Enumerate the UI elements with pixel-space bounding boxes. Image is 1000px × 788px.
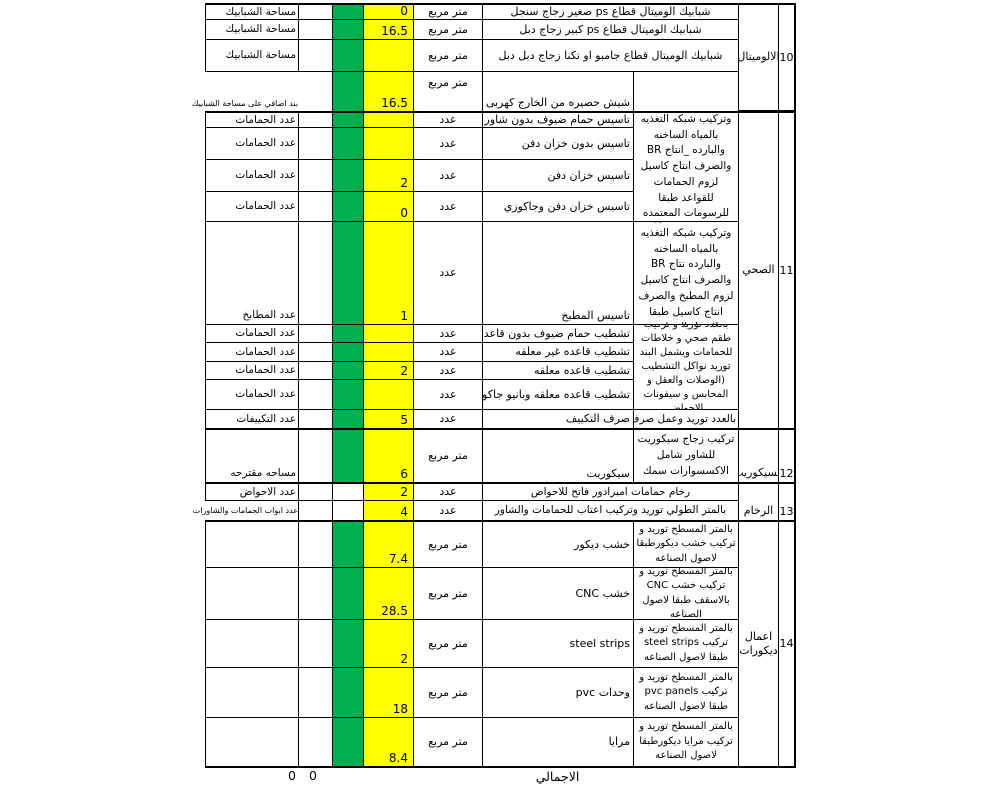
cell-qty[interactable]: 5 [363, 410, 413, 428]
cell-green[interactable] [332, 668, 363, 718]
cell-qty[interactable]: 2 [363, 620, 413, 668]
section-securit: 12 السيكوريت بالمتر المسطح توريد و تركيب… [205, 428, 796, 482]
cell-label[interactable]: مساحة الشبابيك [205, 3, 298, 20]
cell-unit[interactable]: عدد [413, 111, 482, 128]
cell-desc[interactable]: بالمتر المسطح توريد و تركيب مرايا ديكورط… [633, 718, 738, 768]
cell-item[interactable]: صرف التكييف [482, 410, 633, 428]
cell-green[interactable] [332, 718, 363, 768]
cell-qty[interactable]: 2 [363, 482, 413, 501]
cell-green[interactable] [332, 20, 363, 40]
cell-desc-group[interactable]: بالعدد توريد و تركيب طقم صحي و خلاطات لل… [633, 325, 738, 410]
cell-unit[interactable]: عدد [413, 482, 482, 501]
cell-desc[interactable]: بالمتر المسطح توريد و تركيب steel strips… [633, 620, 738, 668]
cell-row-number[interactable]: 14 [778, 520, 796, 768]
cell-desc[interactable]: بالعدد توريد وعمل صرف للتكييفات [633, 410, 738, 428]
cell-item[interactable]: steel strips [482, 620, 633, 668]
cell-empty[interactable] [298, 620, 332, 668]
cell-row-number[interactable]: 11 [778, 111, 796, 428]
cell-category[interactable]: اعمال ديكورات [738, 520, 778, 768]
cell-unit[interactable]: متر مربع [413, 40, 482, 72]
cell-qty[interactable] [363, 111, 413, 128]
cell-qty[interactable] [363, 40, 413, 72]
cell-item-merged[interactable]: شبابيك الوميتال قطاع ps صغير زجاج سنجل [482, 3, 738, 20]
cell-label[interactable] [205, 568, 298, 620]
cell-desc[interactable]: بالمتر المسطح توريد و تركيب زجاج سيكوريت… [633, 428, 738, 482]
cell-unit[interactable]: متر مربع [413, 668, 482, 718]
cell-empty[interactable] [298, 111, 332, 128]
cell-label[interactable]: مساحة الشبابيك [205, 40, 298, 72]
cell-qty[interactable]: 1 [363, 222, 413, 325]
cell-row-number[interactable]: 13 [778, 482, 796, 520]
cell-label[interactable]: عدد الحمامات [205, 111, 298, 128]
cell-item[interactable]: تشطيب قاعده معلقه [482, 362, 633, 380]
cell-item-merged[interactable]: بالمتر الطولي توريد وتركيب اعتاب للحماما… [482, 501, 738, 520]
cell-qty[interactable] [363, 343, 413, 362]
cell-unit[interactable]: متر مربع [413, 3, 482, 20]
cell-label[interactable]: مساحه مقترحه [205, 428, 298, 482]
cell-label[interactable]: عدد التكييفات [205, 410, 298, 428]
cell-qty[interactable]: 4 [363, 501, 413, 520]
cell-qty[interactable]: 6 [363, 428, 413, 482]
cell-unit[interactable]: عدد [413, 128, 482, 160]
cell-green[interactable] [332, 428, 363, 482]
cell-empty[interactable] [298, 72, 332, 111]
cell-empty[interactable] [298, 20, 332, 40]
cell-empty[interactable] [298, 192, 332, 222]
cell-label[interactable] [205, 520, 298, 568]
cell-qty[interactable]: 7.4 [363, 520, 413, 568]
cell-empty[interactable] [298, 482, 332, 501]
cell-green[interactable] [332, 520, 363, 568]
cell-empty[interactable] [298, 568, 332, 620]
cell-label[interactable] [205, 668, 298, 718]
cell-qty[interactable]: 0 [363, 192, 413, 222]
cell-green[interactable] [332, 222, 363, 325]
cell-green[interactable] [332, 72, 363, 111]
cell-green[interactable] [332, 380, 363, 410]
cell-unit[interactable]: عدد [413, 160, 482, 192]
cell-qty[interactable]: 2 [363, 362, 413, 380]
cell-qty[interactable]: 28.5 [363, 568, 413, 620]
cell-row-number[interactable]: 10 [778, 3, 796, 111]
cell-desc[interactable]: بالمتر المسطح توريد و تركيب خشب ديكورطبق… [633, 520, 738, 568]
cell-desc[interactable]: بالمتر المسطح توريد و تركيب pvc panels ط… [633, 668, 738, 718]
cell-empty[interactable] [298, 128, 332, 160]
cell-label[interactable]: عدد المطابخ [205, 222, 298, 325]
cell-category[interactable]: السيكوريت [738, 428, 778, 482]
cell-qty[interactable]: 2 [363, 160, 413, 192]
cell-item[interactable]: تاسيس حمام ضيوف بدون شاور [482, 111, 633, 128]
cell-unit[interactable]: متر مربع [413, 718, 482, 768]
cell-green[interactable] [332, 620, 363, 668]
cell-desc[interactable]: بالمتر المسطح توريد و تركيب خشب CNC بالا… [633, 568, 738, 620]
cell-qty[interactable]: 0 [363, 3, 413, 20]
cell-item[interactable]: تشطيب حمام ضيوف بدون قاعده [482, 325, 633, 343]
cell-qty[interactable]: 18 [363, 668, 413, 718]
cell-empty[interactable] [298, 325, 332, 343]
cell-green-empty[interactable] [332, 482, 363, 501]
cell-qty[interactable] [363, 128, 413, 160]
footer-zero[interactable]: 0 [285, 768, 299, 783]
cell-desc-group[interactable]: بالعدد اعمال توريد وتركيب شبكه التغذيه ب… [633, 111, 738, 222]
cell-category[interactable]: الصحي [738, 111, 778, 428]
cell-item[interactable]: سيكوريت [482, 428, 633, 482]
cell-item[interactable]: خشب CNC [482, 568, 633, 620]
cell-label[interactable]: عدد الحمامات [205, 325, 298, 343]
cell-item[interactable]: تشطيب قاعده غير معلقه [482, 343, 633, 362]
footer-zero[interactable]: 0 [306, 768, 320, 783]
cell-item-merged[interactable]: شبابيك الوميتال قطاع جامبو او تكنا زجاج … [482, 40, 738, 72]
cell-empty[interactable] [298, 428, 332, 482]
cell-item-merged[interactable]: رخام حمامات امبرادور فاتح للاحواض [482, 482, 738, 501]
footer-total-label[interactable]: الاجمالي [482, 769, 633, 784]
cell-empty[interactable] [298, 40, 332, 72]
cell-green[interactable] [332, 128, 363, 160]
cell-label[interactable]: بند اضافي على مساحة الشبابيك [205, 72, 298, 111]
cell-unit[interactable]: عدد [413, 410, 482, 428]
cell-item[interactable]: تشطيب قاعده معلقه وبانيو جاكوزي [482, 380, 633, 410]
cell-label[interactable]: عدد الاحواض [205, 482, 298, 501]
cell-unit[interactable]: عدد [413, 380, 482, 410]
cell-green[interactable] [332, 160, 363, 192]
cell-desc-empty[interactable] [633, 72, 738, 111]
cell-empty[interactable] [298, 668, 332, 718]
cell-label[interactable] [205, 620, 298, 668]
cell-unit[interactable]: عدد [413, 325, 482, 343]
cell-unit[interactable]: عدد [413, 222, 482, 325]
cell-item[interactable]: مرايا [482, 718, 633, 768]
cell-unit[interactable]: متر مربع [413, 520, 482, 568]
cell-empty[interactable] [298, 380, 332, 410]
cell-unit[interactable]: متر مربع [413, 72, 482, 111]
cell-label[interactable]: عدد الحمامات [205, 128, 298, 160]
section-plumbing: 11 الصحي بالعدد اعمال توريد وتركيب شبكه … [205, 111, 796, 428]
cell-unit[interactable]: عدد [413, 362, 482, 380]
cell-label[interactable]: عدد الحمامات [205, 380, 298, 410]
cell-category[interactable]: الالوميتال [738, 3, 778, 111]
spreadsheet-page: 10 الالوميتال شبابيك الوميتال قطاع ps صغ… [0, 0, 1000, 788]
cell-green[interactable] [332, 325, 363, 343]
cell-label[interactable]: عدد الحمامات [205, 362, 298, 380]
cell-empty[interactable] [298, 160, 332, 192]
cell-green[interactable] [332, 568, 363, 620]
cell-item[interactable]: تاسيس خزان دفن وجاكوزي [482, 192, 633, 222]
cell-empty[interactable] [298, 362, 332, 380]
cell-qty[interactable]: 16.5 [363, 72, 413, 111]
cell-unit[interactable]: عدد [413, 343, 482, 362]
cell-label[interactable]: مساحة الشبابيك [205, 20, 298, 40]
cell-qty[interactable]: 16.5 [363, 20, 413, 40]
cell-unit[interactable]: متر مربع [413, 428, 482, 482]
cell-empty[interactable] [298, 222, 332, 325]
cell-label[interactable]: عدد الحمامات [205, 160, 298, 192]
cell-item[interactable]: خشب ديكور [482, 520, 633, 568]
cell-empty[interactable] [298, 343, 332, 362]
cell-desc[interactable]: بالعدد اعمال توريد وتركيب شبكه التغذيه ب… [633, 222, 738, 325]
cell-row-number[interactable]: 12 [778, 428, 796, 482]
cell-item[interactable]: تاسيس المطبخ [482, 222, 633, 325]
cell-empty[interactable] [298, 501, 332, 520]
cell-green[interactable] [332, 343, 363, 362]
cell-empty[interactable] [298, 3, 332, 20]
cell-label[interactable]: عدد الحمامات [205, 343, 298, 362]
cell-category[interactable]: الرخام [738, 482, 778, 520]
cell-unit[interactable]: عدد [413, 501, 482, 520]
cell-green[interactable] [332, 362, 363, 380]
cell-empty[interactable] [298, 718, 332, 768]
cell-empty[interactable] [298, 410, 332, 428]
cell-item[interactable]: شيش حصيره من الخارج كهربى [482, 72, 633, 111]
cell-unit[interactable]: متر مربع [413, 620, 482, 668]
cell-green[interactable] [332, 410, 363, 428]
section-marble: 13 الرخام رخام حمامات امبرادور فاتح للاح… [205, 482, 796, 520]
cell-qty[interactable] [363, 325, 413, 343]
cell-green-empty[interactable] [332, 501, 363, 520]
cell-label[interactable]: عدد الحمامات [205, 192, 298, 222]
cell-item[interactable]: تاسيس خزان دفن [482, 160, 633, 192]
cell-label[interactable]: عدد ابواب الحمامات والشاورات [205, 501, 298, 520]
cell-item-merged[interactable]: شبابيك الوميتال قطاع ps كبير زجاج دبل [482, 20, 738, 40]
section-decor: 14 اعمال ديكورات بالمتر المسطح توريد و ت… [205, 520, 796, 768]
cell-unit[interactable]: عدد [413, 192, 482, 222]
cell-qty[interactable]: 8.4 [363, 718, 413, 768]
cell-green[interactable] [332, 3, 363, 20]
cell-qty[interactable] [363, 380, 413, 410]
cell-green[interactable] [332, 111, 363, 128]
cell-label[interactable] [205, 718, 298, 768]
cell-green[interactable] [332, 192, 363, 222]
cell-green[interactable] [332, 40, 363, 72]
section-aluminium: 10 الالوميتال شبابيك الوميتال قطاع ps صغ… [205, 3, 796, 111]
cell-item[interactable]: تاسيس بدون خزان دفن [482, 128, 633, 160]
cell-unit[interactable]: متر مربع [413, 20, 482, 40]
cell-empty[interactable] [298, 520, 332, 568]
cell-item[interactable]: وحدات pvc [482, 668, 633, 718]
cell-unit[interactable]: متر مربع [413, 568, 482, 620]
